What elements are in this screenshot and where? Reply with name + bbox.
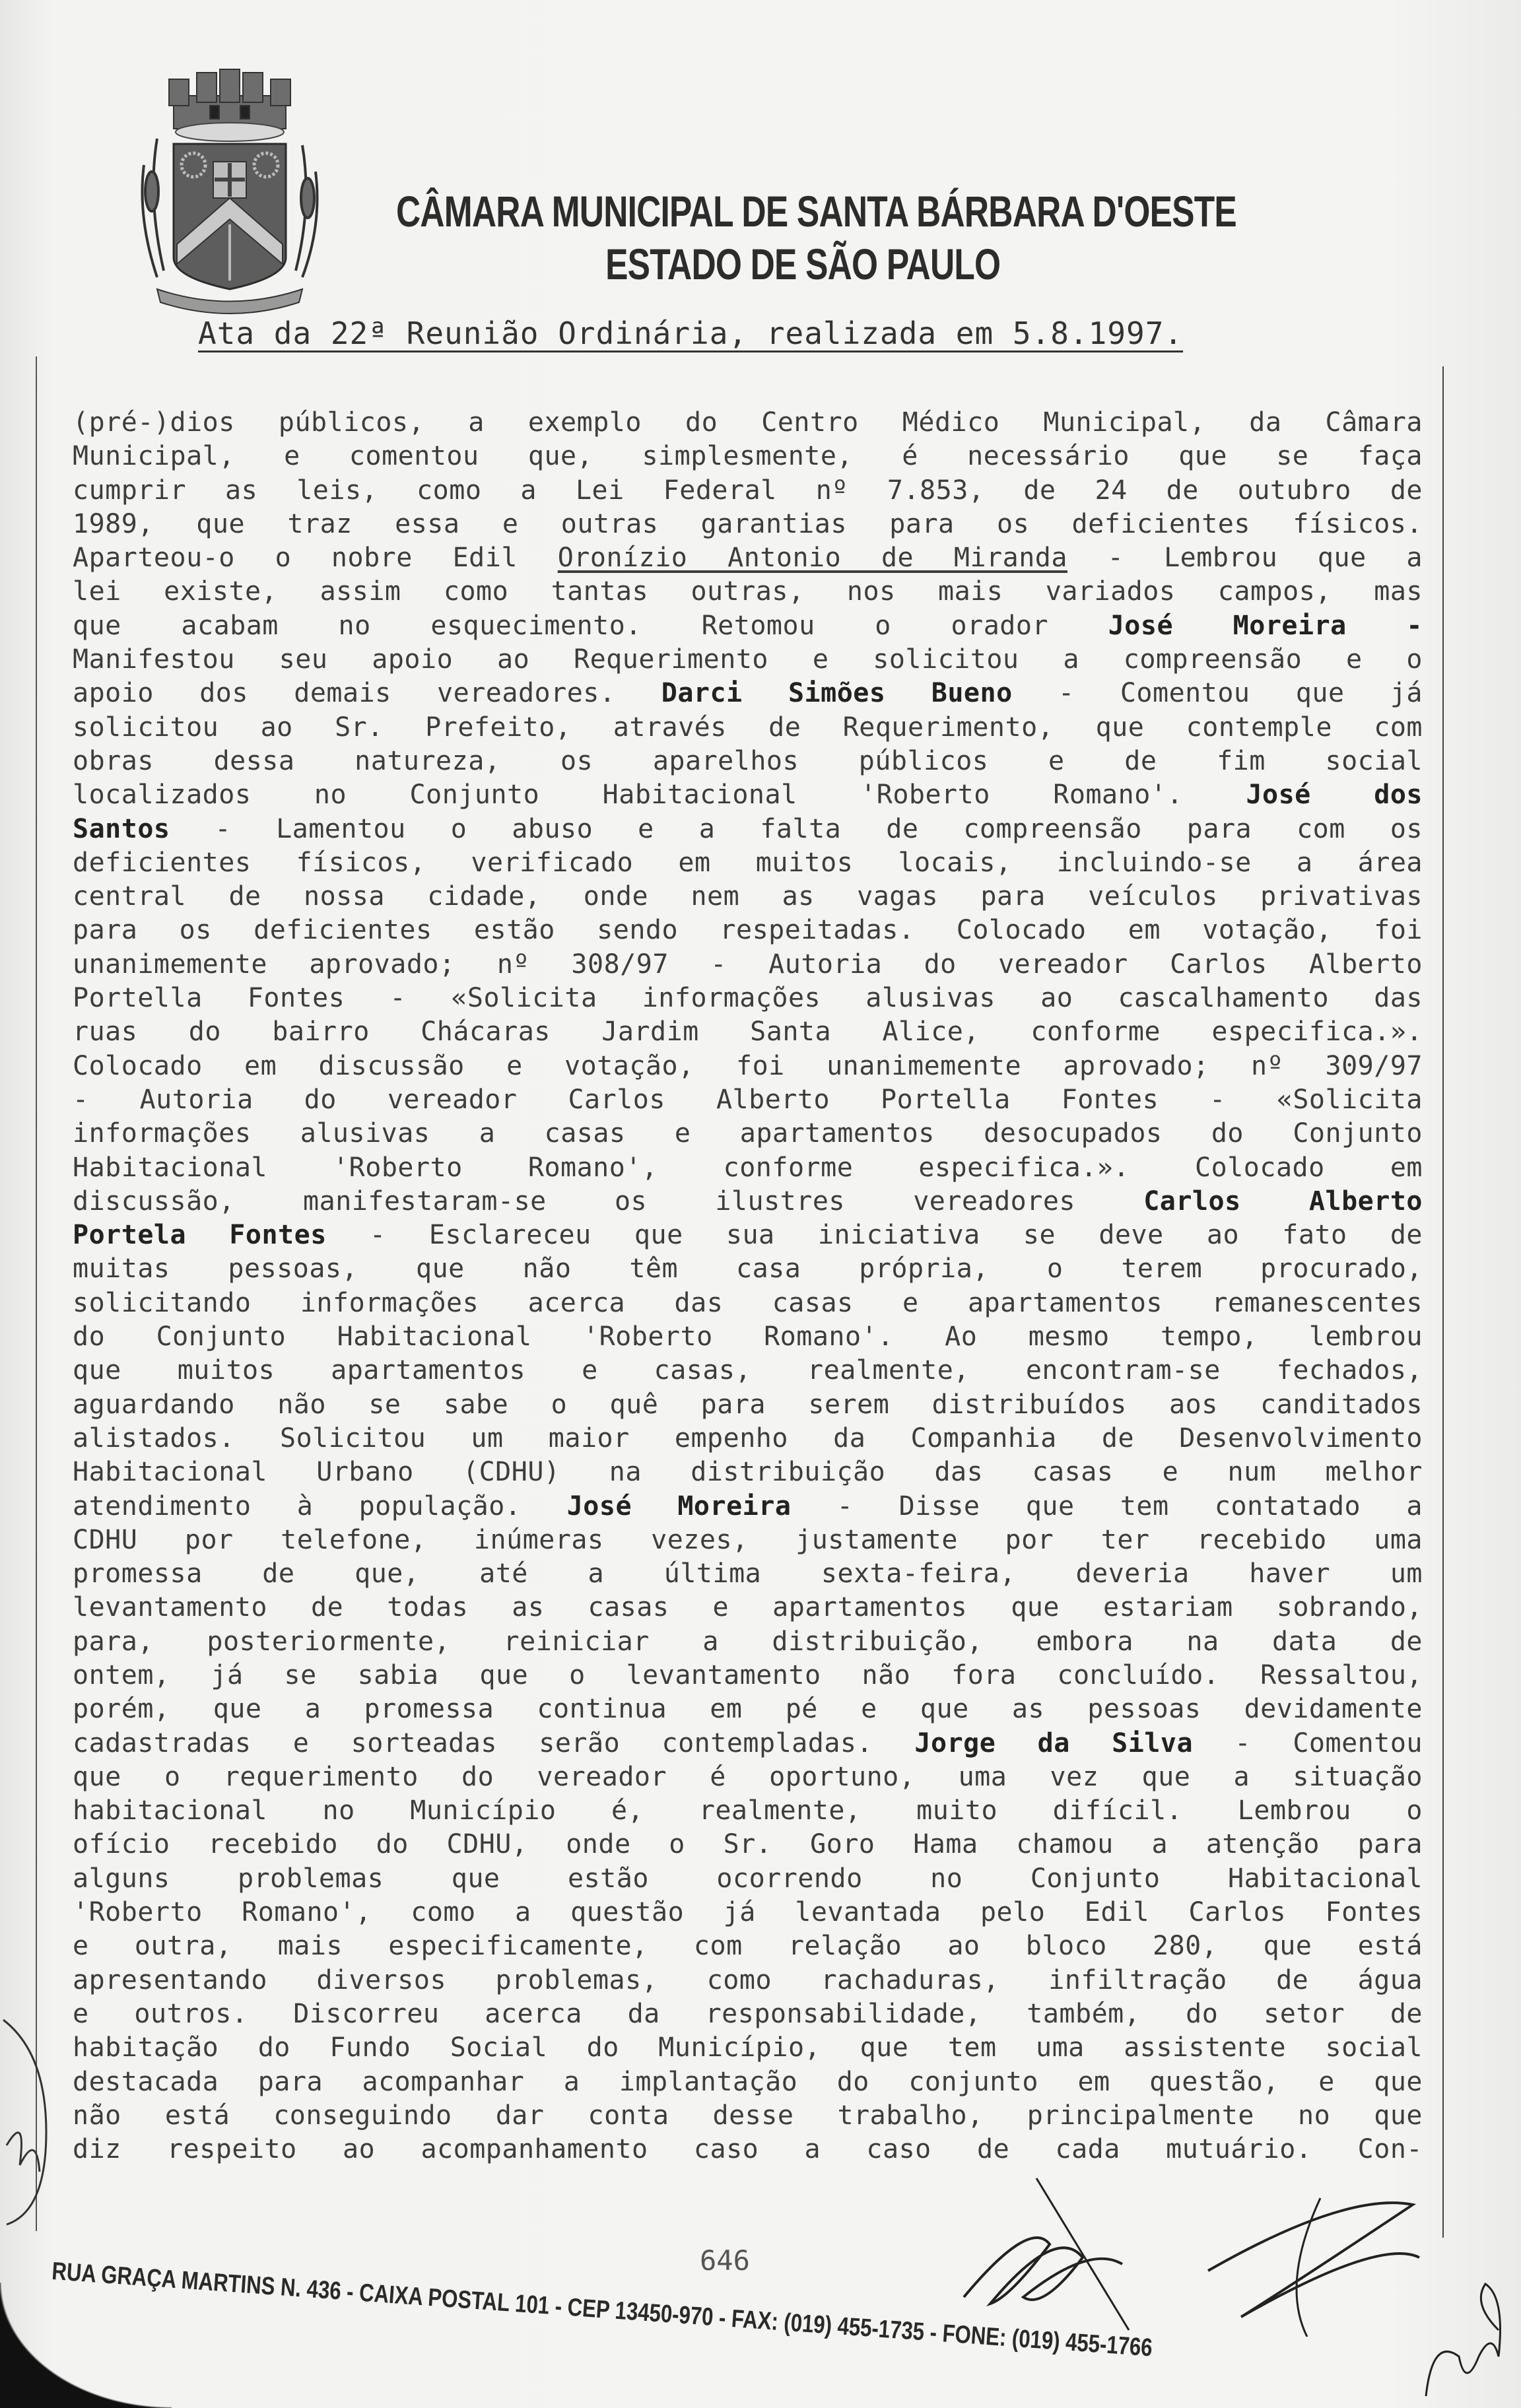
- text-segment: - Esclareceu que sua iniciativa se deve …: [327, 1220, 1423, 1250]
- text-line: para, posteriormente, reiniciar a distri…: [73, 1625, 1423, 1659]
- text-segment: ofício recebido do CDHU, onde o Sr. Goro…: [73, 1829, 1423, 1859]
- text-line: habitação do Fundo Social do Município, …: [73, 2031, 1423, 2065]
- document-title: Ata da 22ª Reunião Ordinária, realizada …: [198, 316, 1183, 351]
- text-line: promessa de que, até a última sexta-feir…: [73, 1557, 1423, 1591]
- text-line: - Autoria do vereador Carlos Alberto Por…: [73, 1083, 1423, 1117]
- text-segment: lei existe, assim como tantas outras, no…: [73, 576, 1423, 607]
- text-line: ruas do bairro Chácaras Jardim Santa Ali…: [73, 1015, 1423, 1049]
- text-line: obras dessa natureza, os aparelhos públi…: [73, 745, 1423, 778]
- text-line: muitas pessoas, que não têm casa própria…: [73, 1252, 1423, 1286]
- text-segment: discussão, manifestaram-se os ilustres v…: [73, 1186, 1143, 1217]
- text-line: ontem, já se sabia que o levantamento nã…: [73, 1659, 1423, 1692]
- text-segment: central de nossa cidade, onde nem as vag…: [73, 881, 1423, 912]
- text-segment: alistados. Solicitou um maior empenho da…: [73, 1423, 1423, 1454]
- text-segment: cumprir as leis, como a Lei Federal nº 7…: [73, 475, 1423, 506]
- text-segment: - Comentou: [1193, 1728, 1423, 1758]
- text-line: Portela Fontes - Esclareceu que sua inic…: [73, 1219, 1423, 1252]
- text-segment: Habitacional 'Roberto Romano', conforme …: [73, 1153, 1423, 1183]
- text-line: cadastradas e sorteadas serão contemplad…: [73, 1727, 1423, 1760]
- text-line: deficientes físicos, verificado em muito…: [73, 846, 1423, 880]
- text-line: apoio dos demais vereadores. Darci Simõe…: [73, 677, 1423, 710]
- text-segment: 'Roberto Romano', como a questão já leva…: [73, 1897, 1423, 1927]
- text-segment: informações alusivas a casas e apartamen…: [73, 1118, 1423, 1149]
- margin-rule-right: [1442, 366, 1444, 2238]
- text-segment: não está conseguindo dar conta desse tra…: [73, 2100, 1423, 2131]
- text-segment: ontem, já se sabia que o levantamento nã…: [73, 1660, 1423, 1690]
- text-line: CDHU por telefone, inúmeras vezes, justa…: [73, 1523, 1423, 1557]
- text-line: do Conjunto Habitacional 'Roberto Romano…: [73, 1320, 1423, 1354]
- text-segment: habitação do Fundo Social do Município, …: [73, 2032, 1423, 2063]
- underlined-name: Oronízio Antonio de Miranda: [558, 543, 1067, 573]
- text-segment: - Comentou que já: [1013, 678, 1423, 708]
- text-line: lei existe, assim como tantas outras, no…: [73, 575, 1423, 609]
- text-segment: que muitos apartamentos e casas, realmen…: [73, 1355, 1423, 1386]
- text-segment: porém, que a promessa continua em pé e q…: [73, 1694, 1423, 1724]
- text-segment: muitas pessoas, que não têm casa própria…: [73, 1254, 1423, 1284]
- text-segment: alguns problemas que estão ocorrendo no …: [73, 1863, 1423, 1894]
- text-segment: Habitacional Urbano (CDHU) na distribuiç…: [73, 1457, 1423, 1487]
- text-segment: deficientes físicos, verificado em muito…: [73, 848, 1423, 878]
- scan-edge-shadow: [0, 2283, 172, 2408]
- text-line: discussão, manifestaram-se os ilustres v…: [73, 1185, 1423, 1219]
- text-segment: destacada para acompanhar a implantação …: [73, 2067, 1423, 2097]
- text-line: informações alusivas a casas e apartamen…: [73, 1117, 1423, 1151]
- text-line: Habitacional 'Roberto Romano', conforme …: [73, 1151, 1423, 1185]
- text-line: para os deficientes estão sendo respeita…: [73, 914, 1423, 947]
- text-segment: - Lembrou que a: [1067, 543, 1423, 573]
- text-line: e outros. Discorreu acerca da responsabi…: [73, 1997, 1423, 2031]
- text-segment: do Conjunto Habitacional 'Roberto Romano…: [73, 1321, 1423, 1352]
- text-segment: para, posteriormente, reiniciar a distri…: [73, 1626, 1423, 1657]
- text-segment: Manifestou seu apoio ao Requerimento e s…: [73, 644, 1423, 675]
- text-line: levantamento de todas as casas e apartam…: [73, 1591, 1423, 1624]
- text-line: solicitou ao Sr. Prefeito, através de Re…: [73, 711, 1423, 745]
- text-segment: ruas do bairro Chácaras Jardim Santa Ali…: [73, 1017, 1423, 1047]
- text-line: unanimemente aprovado; nº 308/97 - Autor…: [73, 948, 1423, 982]
- text-segment: diz respeito ao acompanhamento caso a ca…: [73, 2134, 1423, 2164]
- text-segment: solicitou ao Sr. Prefeito, através de Re…: [73, 712, 1423, 743]
- text-segment: que o requerimento do vereador é oportun…: [73, 1762, 1423, 1792]
- text-segment: levantamento de todas as casas e apartam…: [73, 1592, 1423, 1622]
- speaker-name: José Moreira -: [1108, 611, 1423, 641]
- text-segment: CDHU por telefone, inúmeras vezes, justa…: [73, 1525, 1423, 1555]
- text-segment: Municipal, e comentou que, simplesmente,…: [73, 441, 1423, 471]
- text-line: atendimento à população. José Moreira - …: [73, 1490, 1423, 1523]
- text-line: alistados. Solicitou um maior empenho da…: [73, 1422, 1423, 1455]
- text-segment: 1989, que traz essa e outras garantias p…: [73, 509, 1423, 539]
- text-line: que muitos apartamentos e casas, realmen…: [73, 1354, 1423, 1388]
- text-line: Portella Fontes - «Solicita informações …: [73, 982, 1423, 1015]
- text-line: que o requerimento do vereador é oportun…: [73, 1760, 1423, 1794]
- text-line: apresentando diversos problemas, como ra…: [73, 1964, 1423, 1997]
- text-line: destacada para acompanhar a implantação …: [73, 2065, 1423, 2099]
- letterhead: CÂMARA MUNICIPAL DE SANTA BÁRBARA D'OEST…: [396, 185, 1029, 290]
- text-segment: atendimento à população.: [73, 1491, 567, 1522]
- text-segment: e outra, mais especificamente, com relaç…: [73, 1931, 1423, 1961]
- text-segment: solicitando informações acerca das casas…: [73, 1288, 1423, 1318]
- text-segment: - Autoria do vereador Carlos Alberto Por…: [73, 1085, 1423, 1115]
- text-line: 'Roberto Romano', como a questão já leva…: [73, 1896, 1423, 1929]
- text-segment: Aparteou-o o nobre Edil: [73, 543, 558, 573]
- handwritten-initials-icon: [0, 2013, 53, 2231]
- text-line: diz respeito ao acompanhamento caso a ca…: [73, 2133, 1423, 2166]
- text-segment: que acabam no esquecimento. Retomou o or…: [73, 611, 1108, 641]
- speaker-name: Carlos Alberto: [1143, 1186, 1423, 1217]
- text-segment: habitacional no Município é, realmente, …: [73, 1795, 1423, 1826]
- text-segment: - Disse que tem contatado a: [791, 1491, 1423, 1522]
- text-line: Municipal, e comentou que, simplesmente,…: [73, 440, 1423, 473]
- text-segment: para os deficientes estão sendo respeita…: [73, 915, 1423, 945]
- text-segment: (pré-)dios públicos, a exemplo do Centro…: [73, 407, 1423, 438]
- text-line: porém, que a promessa continua em pé e q…: [73, 1692, 1423, 1726]
- state-name: ESTADO DE SÃO PAULO: [396, 238, 1209, 290]
- text-line: que acabam no esquecimento. Retomou o or…: [73, 609, 1423, 643]
- speaker-name: José dos: [1246, 780, 1423, 810]
- text-segment: promessa de que, até a última sexta-feir…: [73, 1558, 1423, 1589]
- speaker-name: Santos: [73, 814, 170, 844]
- text-line: ofício recebido do CDHU, onde o Sr. Goro…: [73, 1828, 1423, 1861]
- page-number: 646: [700, 2244, 750, 2277]
- text-segment: - Lamentou o abuso e a falta de compreen…: [170, 814, 1423, 844]
- coat-of-arms-icon: [111, 66, 349, 317]
- minutes-body: (pré-)dios públicos, a exemplo do Centro…: [73, 406, 1423, 2166]
- text-segment: e outros. Discorreu acerca da responsabi…: [73, 1999, 1423, 2029]
- text-line: (pré-)dios públicos, a exemplo do Centro…: [73, 406, 1423, 440]
- handwritten-rubric-icon: [1419, 2257, 1518, 2408]
- text-line: cumprir as leis, como a Lei Federal nº 7…: [73, 474, 1423, 508]
- text-line: alguns problemas que estão ocorrendo no …: [73, 1862, 1423, 1896]
- institution-name: CÂMARA MUNICIPAL DE SANTA BÁRBARA D'OEST…: [396, 185, 1209, 238]
- text-line: Colocado em discussão e votação, foi una…: [73, 1050, 1423, 1083]
- speaker-name: Darci Simões Bueno: [661, 678, 1013, 708]
- text-line: não está conseguindo dar conta desse tra…: [73, 2099, 1423, 2133]
- text-segment: apresentando diversos problemas, como ra…: [73, 1965, 1423, 1995]
- text-line: Aparteou-o o nobre Edil Oronízio Antonio…: [73, 541, 1423, 575]
- text-line: habitacional no Município é, realmente, …: [73, 1794, 1423, 1828]
- text-line: 1989, que traz essa e outras garantias p…: [73, 508, 1423, 541]
- text-segment: obras dessa natureza, os aparelhos públi…: [73, 746, 1423, 776]
- margin-rule-left: [36, 356, 37, 2231]
- text-line: e outra, mais especificamente, com relaç…: [73, 1929, 1423, 1963]
- text-segment: cadastradas e sorteadas serão contemplad…: [73, 1728, 914, 1758]
- text-line: solicitando informações acerca das casas…: [73, 1287, 1423, 1320]
- text-line: Santos - Lamentou o abuso e a falta de c…: [73, 813, 1423, 846]
- speaker-name: José Moreira: [567, 1491, 792, 1522]
- text-line: Manifestou seu apoio ao Requerimento e s…: [73, 643, 1423, 677]
- text-segment: apoio dos demais vereadores.: [73, 678, 661, 708]
- text-line: central de nossa cidade, onde nem as vag…: [73, 880, 1423, 914]
- text-segment: Colocado em discussão e votação, foi una…: [73, 1051, 1423, 1081]
- text-segment: Portella Fontes - «Solicita informações …: [73, 983, 1423, 1013]
- text-segment: unanimemente aprovado; nº 308/97 - Autor…: [73, 949, 1423, 980]
- speaker-name: Portela Fontes: [73, 1220, 327, 1250]
- speaker-name: Jorge da Silva: [914, 1728, 1193, 1758]
- text-segment: aguardando não se sabe o quê para serem …: [73, 1389, 1423, 1420]
- text-segment: localizados no Conjunto Habitacional 'Ro…: [73, 780, 1246, 810]
- handwritten-signature-icon: [951, 2165, 1492, 2337]
- text-line: aguardando não se sabe o quê para serem …: [73, 1388, 1423, 1422]
- text-line: localizados no Conjunto Habitacional 'Ro…: [73, 778, 1423, 812]
- text-line: Habitacional Urbano (CDHU) na distribuiç…: [73, 1455, 1423, 1489]
